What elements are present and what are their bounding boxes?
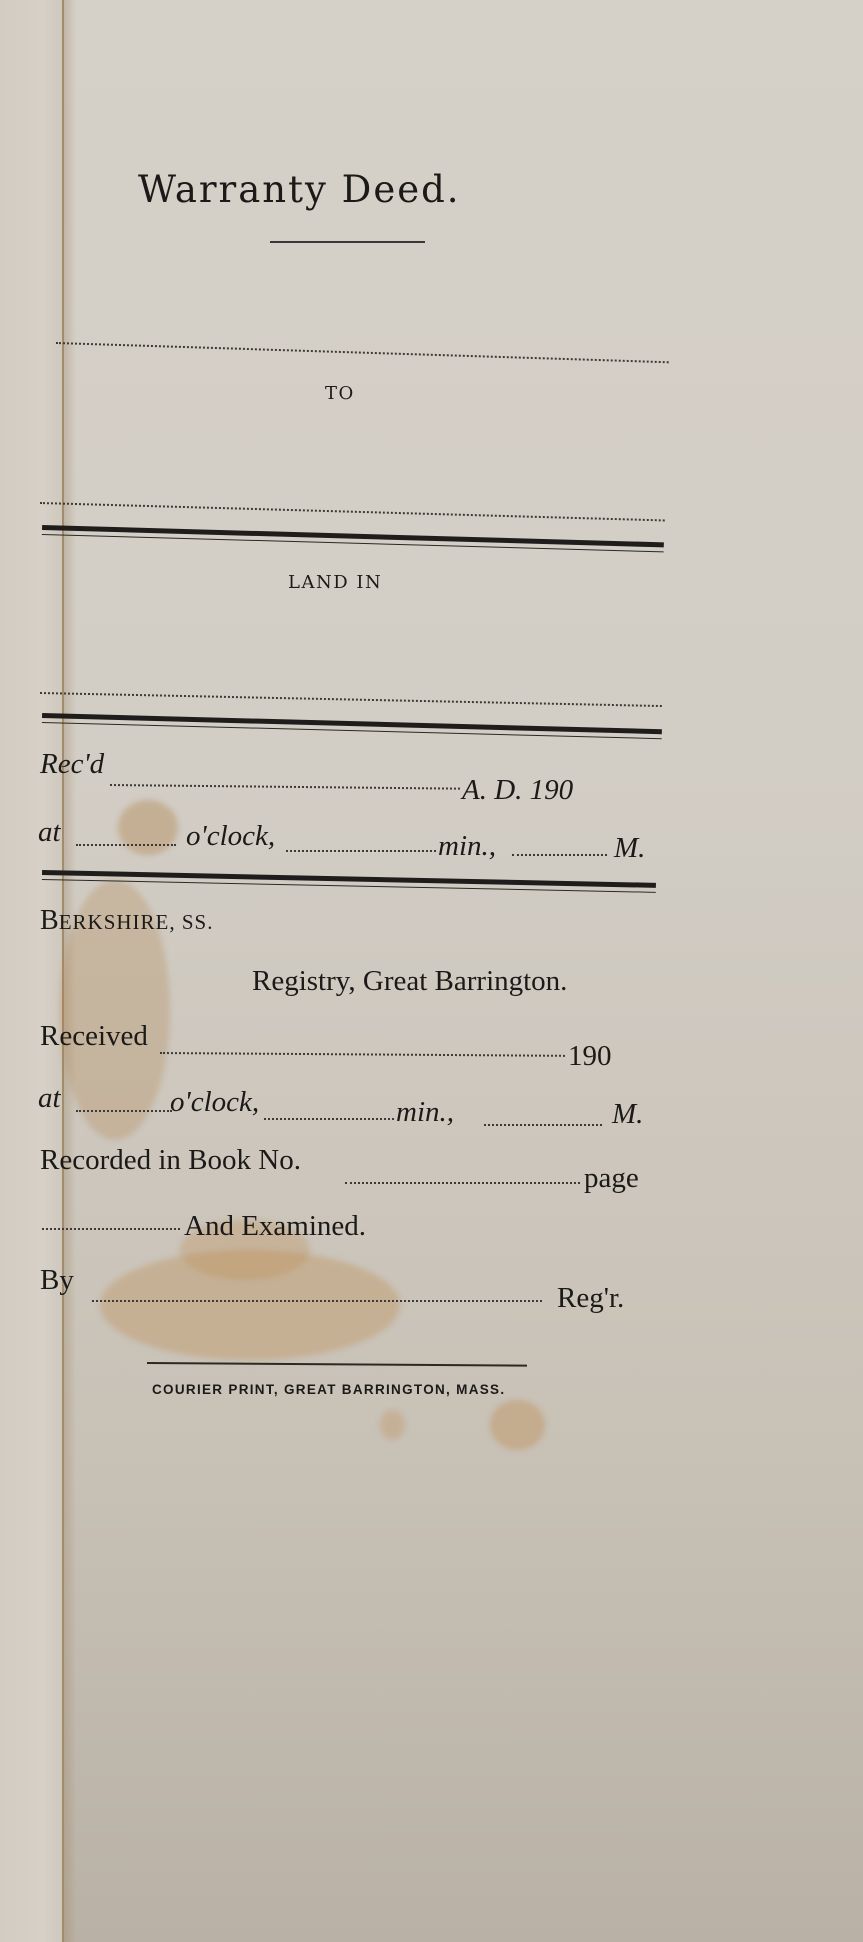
left-margin-strip xyxy=(0,0,62,1942)
recorded-book-label: Recorded in Book No. xyxy=(40,1144,301,1177)
register-signature-blank[interactable] xyxy=(92,1300,542,1302)
received-minute-blank[interactable] xyxy=(264,1118,394,1120)
received-label: Received xyxy=(40,1020,148,1053)
received-year: 190 xyxy=(568,1040,612,1073)
recd-meridiem-blank[interactable] xyxy=(512,854,607,856)
page-number-blank[interactable] xyxy=(42,1228,180,1230)
received-min-label: min., xyxy=(396,1096,454,1129)
page-label: page xyxy=(584,1162,639,1195)
county-rest: ERKSHIRE, SS. xyxy=(59,910,214,934)
recd-oclock-label: o'clock, xyxy=(186,820,275,853)
register-label: Reg'r. xyxy=(557,1282,624,1315)
recd-minute-blank[interactable] xyxy=(286,850,436,852)
recd-label: Rec'd xyxy=(40,748,104,781)
title-underline xyxy=(270,241,425,243)
examined-label: And Examined. xyxy=(184,1210,366,1243)
water-stain xyxy=(118,800,178,855)
received-hour-blank[interactable] xyxy=(76,1110,172,1112)
recd-min-label: min., xyxy=(438,830,496,863)
book-number-blank[interactable] xyxy=(345,1182,580,1184)
document-title: Warranty Deed. xyxy=(138,168,461,211)
to-label: TO xyxy=(325,383,355,404)
water-stain xyxy=(380,1410,405,1440)
county-label: BERKSHIRE, SS. xyxy=(40,905,213,937)
recd-m-label: M. xyxy=(614,832,645,865)
received-at-label: at xyxy=(38,1082,61,1115)
recd-hour-blank[interactable] xyxy=(76,844,176,846)
printer-imprint: COURIER PRINT, GREAT BARRINGTON, MASS. xyxy=(152,1382,505,1397)
received-oclock-label: o'clock, xyxy=(170,1086,259,1119)
recd-year-prefix: A. D. 190 xyxy=(462,774,573,807)
land-in-label: LAND IN xyxy=(288,572,382,593)
county-initial: B xyxy=(40,905,59,936)
registry-line: Registry, Great Barrington. xyxy=(252,965,567,998)
by-label: By xyxy=(40,1264,74,1297)
water-stain xyxy=(490,1400,545,1450)
received-m-label: M. xyxy=(612,1098,643,1131)
received-meridiem-blank[interactable] xyxy=(484,1124,602,1126)
recd-at-label: at xyxy=(38,816,61,849)
